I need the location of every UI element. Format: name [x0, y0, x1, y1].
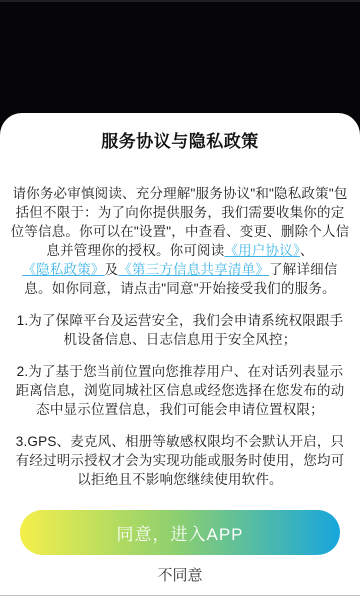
clause-1: 1.为了保障平台及运营安全，我们会申请系统权限跟手机设备信息、日志信息用于安全风… [10, 311, 350, 349]
user-agreement-link[interactable]: 《用户协议》 [224, 243, 299, 258]
privacy-dialog-card: 服务协议与隐私政策 请你务必审慎阅读、充分理解"服务协议"和"隐私政策"包括但不… [0, 113, 360, 600]
third-party-share-list-link[interactable]: 《第三方信息共享清单》 [118, 262, 269, 277]
app-screen: 服务协议与隐私政策 请你务必审慎阅读、充分理解"服务协议"和"隐私政策"包括但不… [0, 0, 360, 600]
clause-3: 3.GPS、麦克风、相册等敏感权限均不会默认开启，只有经过明示授权才会为实现功能… [10, 432, 350, 489]
dialog-body: 请你务必审慎阅读、充分理解"服务协议"和"隐私政策"包括但不限于：为了向你提供服… [0, 184, 360, 489]
agree-button[interactable]: 同意，进入APP [20, 510, 340, 555]
intro-paragraph: 请你务必审慎阅读、充分理解"服务协议"和"隐私政策"包括但不限于：为了向你提供服… [10, 184, 350, 298]
intro-separator-1: 、 [300, 243, 314, 258]
dialog-title: 服务协议与隐私政策 [0, 113, 360, 152]
screen-bottom-border [0, 595, 360, 596]
disagree-button[interactable]: 不同意 [0, 566, 360, 586]
agree-button-label: 同意，进入APP [116, 525, 243, 544]
privacy-policy-link[interactable]: 《隐私政策》 [22, 262, 104, 277]
status-bar [0, 0, 360, 2]
clause-2: 2.为了基于您当前位置向您推荐用户、在对话列表显示距离信息，浏览同城社区信息或经… [10, 362, 350, 419]
intro-separator-2: 及 [105, 262, 119, 277]
